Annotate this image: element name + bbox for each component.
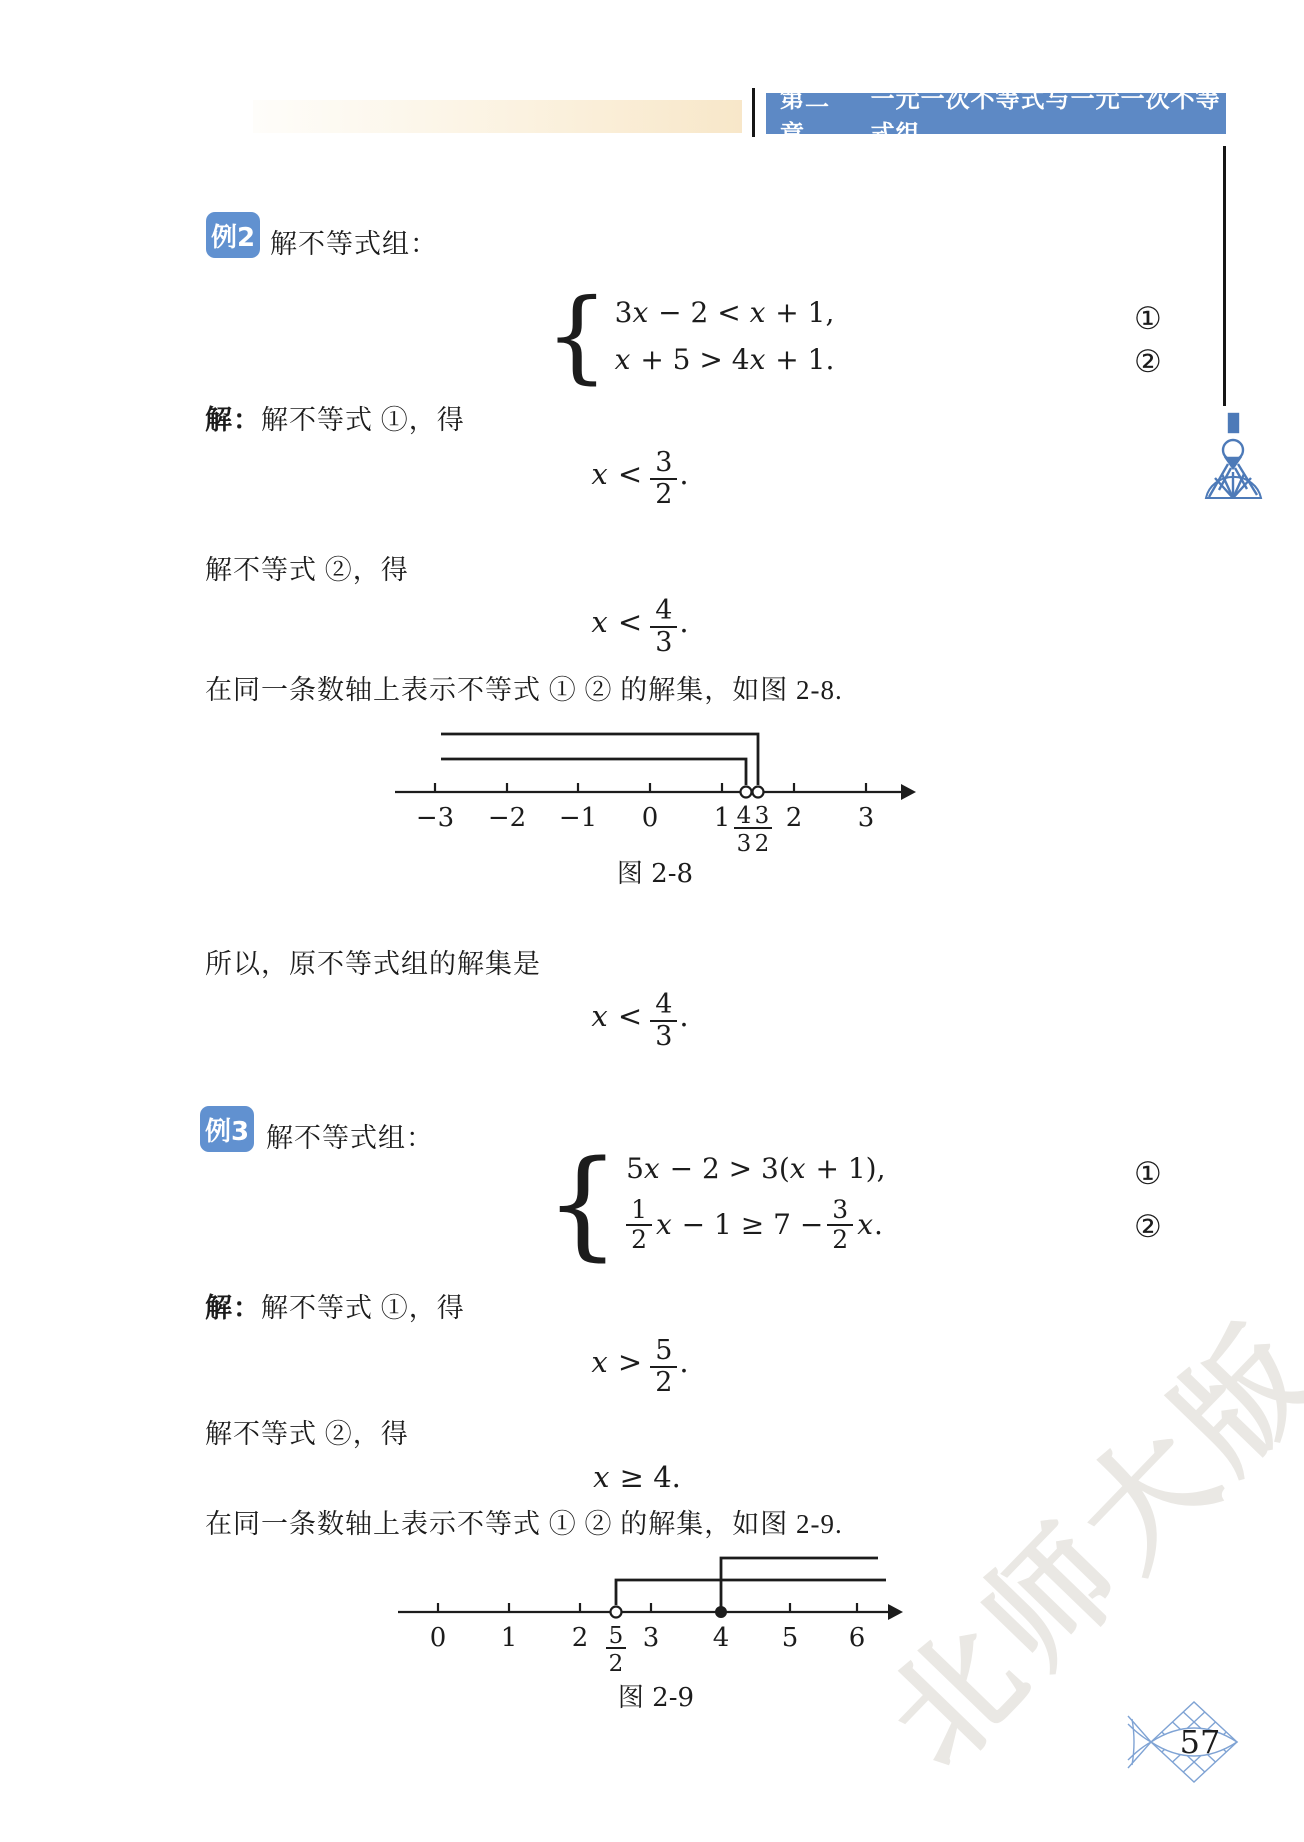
display-equation: x >52. — [205, 1336, 1075, 1398]
fraction: 43 — [650, 990, 677, 1052]
example3-intro: 解不等式组： — [266, 1116, 434, 1155]
margin-rule — [1223, 146, 1226, 406]
numberline-note: 在同一条数轴上表示不等式 ① ② 的解集，如图 2-8. — [205, 668, 843, 707]
fish-tail — [1128, 1716, 1151, 1768]
svg-text:1: 1 — [714, 803, 731, 833]
equation-text: x + 5 > 4x + 1. — [615, 343, 835, 376]
fraction-label-4-3: 4 3 — [734, 803, 753, 857]
fish-logo: 57 — [1124, 1698, 1248, 1788]
step-text: 解不等式 ②，得 — [205, 555, 409, 585]
closed-point-4 — [716, 1607, 727, 1618]
solve-label: 解： — [205, 405, 261, 435]
display-equation: x <32. — [205, 448, 1075, 510]
conclusion-text: 所以，原不等式组的解集是 — [205, 942, 541, 981]
fraction: 52 — [650, 1336, 677, 1398]
solution-bar-lower — [616, 1580, 886, 1605]
equation-text: x < — [591, 605, 642, 639]
chapter-label: 第二章 — [780, 79, 847, 149]
system-brace: { — [545, 288, 609, 384]
equation-tag-1: ① — [1134, 1156, 1162, 1192]
fraction: 32 — [827, 1196, 853, 1254]
solution-step: 解：解不等式 ①，得 — [205, 398, 465, 437]
fraction-label-3-2: 3 2 — [753, 803, 772, 857]
axis-arrow — [888, 1604, 903, 1620]
equation-text: 3x − 2 < x + 1, — [615, 296, 835, 329]
step-text: 在同一条数轴上表示不等式 ① ② 的解集，如图 2-9. — [205, 1509, 843, 1539]
system-row-2: x + 5 > 4x + 1. — [613, 343, 837, 376]
open-point-3-2 — [753, 787, 764, 798]
system-row-1: 3x − 2 < x + 1, — [613, 296, 837, 329]
numberline-note: 在同一条数轴上表示不等式 ① ② 的解集，如图 2-9. — [205, 1502, 843, 1541]
figure-caption: 图 2-8 — [617, 859, 693, 889]
svg-text:3: 3 — [858, 803, 875, 833]
example2-intro: 解不等式组： — [270, 222, 438, 261]
equation-text: x < — [591, 457, 642, 491]
example3-badge: 例3 — [200, 1106, 254, 1152]
step-text: 解不等式 ②，得 — [205, 1419, 409, 1449]
svg-text:1: 1 — [501, 1623, 518, 1653]
svg-text:3: 3 — [643, 1623, 660, 1653]
header-divider — [752, 88, 755, 137]
equation-text: x ≥ 4. — [593, 1460, 681, 1494]
svg-text:−2: −2 — [488, 803, 526, 833]
equation-tag-2: ② — [1134, 1209, 1162, 1245]
display-equation: x <43. — [205, 596, 1075, 658]
svg-text:6: 6 — [849, 1623, 866, 1653]
chapter-title: 一元一次不等式与一元一次不等式组 — [871, 79, 1226, 149]
system-brace: { — [545, 1147, 620, 1259]
svg-text:5: 5 — [782, 1623, 799, 1653]
equation-text: x < — [591, 999, 642, 1033]
chapter-banner: 第二章 一元一次不等式与一元一次不等式组 — [766, 93, 1226, 134]
solution-bar-lower — [441, 759, 746, 785]
solution-step: 解不等式 ②，得 — [205, 548, 409, 587]
svg-text:0: 0 — [642, 803, 659, 833]
svg-text:−1: −1 — [559, 803, 597, 833]
svg-text:3: 3 — [755, 803, 770, 829]
svg-text:2: 2 — [786, 803, 803, 833]
page-number: 57 — [1180, 1723, 1221, 1761]
textbook-page: 北师大版 第二章 一元一次不等式与一元一次不等式组 例2 解不等式组： { — [0, 0, 1304, 1842]
svg-text:2: 2 — [755, 831, 770, 857]
svg-text:2: 2 — [609, 1651, 624, 1677]
svg-text:0: 0 — [430, 1623, 447, 1653]
equation-tag-1: ① — [1134, 301, 1162, 337]
compass-protractor-icon — [1198, 408, 1268, 510]
step-text: 所以，原不等式组的解集是 — [205, 949, 541, 979]
inequality-system-ex3: { 5x − 2 > 3(x + 1), 12 x − 1 ≥ 7 − 32 x… — [545, 1146, 887, 1260]
svg-text:5: 5 — [609, 1623, 624, 1649]
equation-tag-2: ② — [1134, 344, 1162, 380]
step-text: 解不等式 ①，得 — [261, 1293, 465, 1323]
svg-text:4: 4 — [713, 1623, 730, 1653]
solution-step: 解不等式 ②，得 — [205, 1412, 409, 1451]
equation-text: x > — [591, 1345, 642, 1379]
open-point-4-3 — [741, 787, 752, 798]
equation-text: x. — [857, 1208, 883, 1241]
number-line-figure-2-9: 0 1 2 3 4 5 6 5 2 图 2-9 — [348, 1544, 938, 1716]
step-text: 解不等式 ①，得 — [261, 405, 465, 435]
header-decorative-bar — [253, 100, 742, 133]
solve-label: 解： — [205, 1293, 261, 1323]
solution-step: 解：解不等式 ①，得 — [205, 1286, 465, 1325]
svg-text:3: 3 — [737, 831, 752, 857]
svg-text:−3: −3 — [416, 803, 454, 833]
inequality-system-ex2: { 3x − 2 < x + 1, x + 5 > 4x + 1. — [545, 288, 836, 384]
system-row-1: 5x − 2 > 3(x + 1), — [624, 1152, 887, 1185]
svg-text:4: 4 — [737, 803, 752, 829]
figure-caption: 图 2-9 — [618, 1683, 694, 1713]
open-point-5-2 — [611, 1607, 622, 1618]
equation-text: 5x − 2 > 3(x + 1), — [626, 1152, 885, 1185]
svg-text:2: 2 — [572, 1623, 589, 1653]
display-equation: x ≥ 4. — [205, 1460, 1075, 1494]
system-row-2: 12 x − 1 ≥ 7 − 32 x. — [624, 1196, 887, 1254]
fraction-label-5-2: 5 2 — [606, 1623, 626, 1677]
equation-text: x − 1 ≥ 7 − — [656, 1208, 823, 1241]
axis-arrow — [901, 784, 916, 800]
example2-badge: 例2 — [206, 212, 260, 258]
fraction: 43 — [650, 596, 677, 658]
solution-bar-upper — [721, 1558, 878, 1612]
fraction: 12 — [626, 1196, 652, 1254]
number-line-figure-2-8: −3 −2 −1 0 1 2 3 4 3 3 2 图 2-8 — [355, 714, 935, 892]
display-equation: x <43. — [205, 990, 1075, 1052]
fraction: 32 — [650, 448, 677, 510]
step-text: 在同一条数轴上表示不等式 ① ② 的解集，如图 2-8. — [205, 675, 843, 705]
